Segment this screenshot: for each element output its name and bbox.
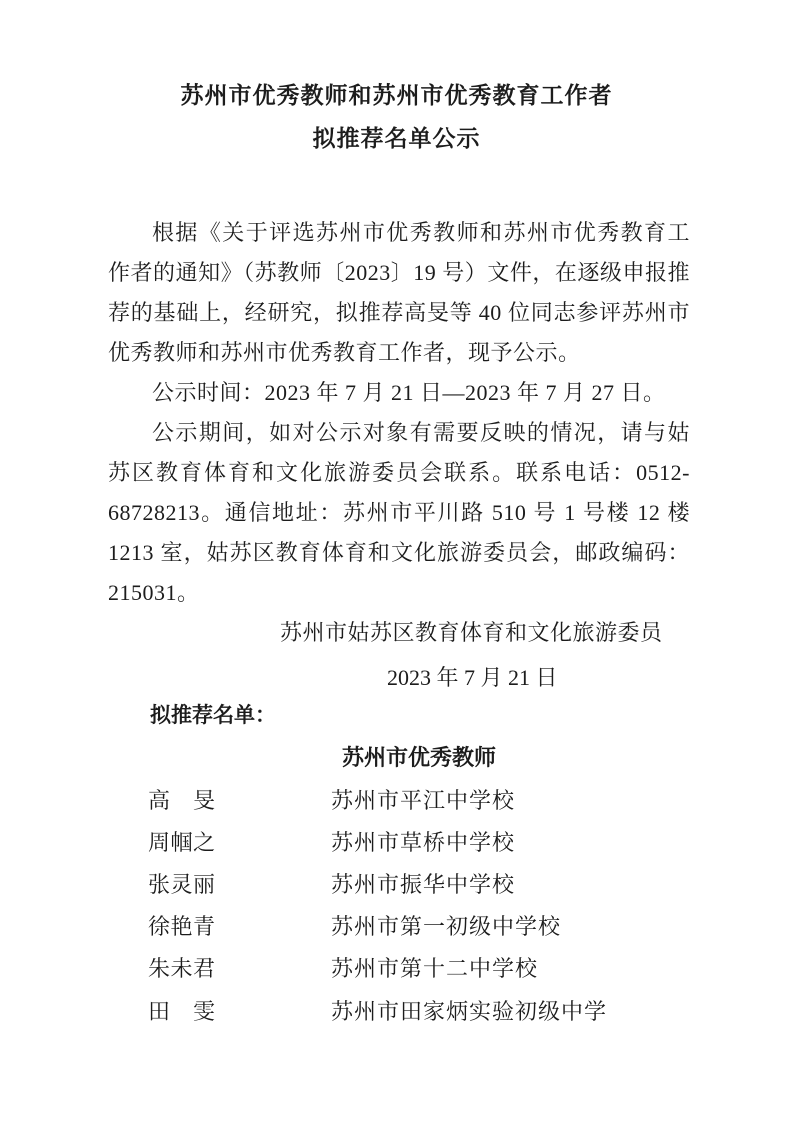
recommendation-row: 高 旻 苏州市平江中学校 (148, 778, 690, 820)
page-title: 苏州市优秀教师和苏州市优秀教育工作者 拟推荐名单公示 (0, 74, 793, 160)
document-page: 苏州市优秀教师和苏州市优秀教育工作者 拟推荐名单公示 根据《关于评选苏州市优秀教… (0, 0, 793, 1122)
signature-date: 2023 年 7 月 21 日 (387, 666, 558, 690)
teacher-school: 苏州市振华中学校 (331, 868, 515, 899)
paragraph-basis: 根据《关于评选苏州市优秀教师和苏州市优秀教育工作者的通知》（苏教师〔2023〕1… (108, 213, 690, 373)
recommendation-row: 张灵丽 苏州市振华中学校 (148, 862, 690, 904)
teacher-name: 高 旻 (148, 784, 331, 815)
teacher-name: 田 雯 (148, 995, 331, 1026)
paragraph-publicity-time: 公示时间：2023 年 7 月 21 日—2023 年 7 月 27 日。 (108, 373, 690, 413)
section-heading-outstanding-teachers: 苏州市优秀教师 (342, 745, 496, 771)
teacher-school: 苏州市草桥中学校 (331, 826, 515, 857)
list-label: 拟推荐名单： (150, 703, 276, 729)
signature-organization: 苏州市姑苏区教育体育和文化旅游委员 (280, 621, 663, 645)
paragraph-contact-info: 公示期间，如对公示对象有需要反映的情况，请与姑苏区教育体育和文化旅游委员会联系。… (108, 413, 690, 613)
teacher-school: 苏州市第十二中学校 (331, 952, 538, 983)
page-title-line1: 苏州市优秀教师和苏州市优秀教育工作者 (0, 74, 793, 117)
teacher-school: 苏州市平江中学校 (331, 784, 515, 815)
teacher-school: 苏州市第一初级中学校 (331, 910, 561, 941)
teacher-name: 张灵丽 (148, 868, 331, 899)
recommendation-row: 朱未君 苏州市第十二中学校 (148, 947, 690, 989)
teacher-name: 周帼之 (148, 826, 331, 857)
recommendation-row: 田 雯 苏州市田家炳实验初级中学 (148, 989, 690, 1031)
teacher-school: 苏州市田家炳实验初级中学 (331, 995, 607, 1026)
recommendation-row: 徐艳青 苏州市第一初级中学校 (148, 905, 690, 947)
recommendation-row: 周帼之 苏州市草桥中学校 (148, 820, 690, 862)
page-title-line2: 拟推荐名单公示 (0, 117, 793, 160)
recommendation-list: 高 旻 苏州市平江中学校 周帼之 苏州市草桥中学校 张灵丽 苏州市振华中学校 徐… (148, 778, 690, 1031)
document-body: 根据《关于评选苏州市优秀教师和苏州市优秀教育工作者的通知》（苏教师〔2023〕1… (108, 213, 690, 613)
teacher-name: 朱未君 (148, 952, 331, 983)
teacher-name: 徐艳青 (148, 910, 331, 941)
